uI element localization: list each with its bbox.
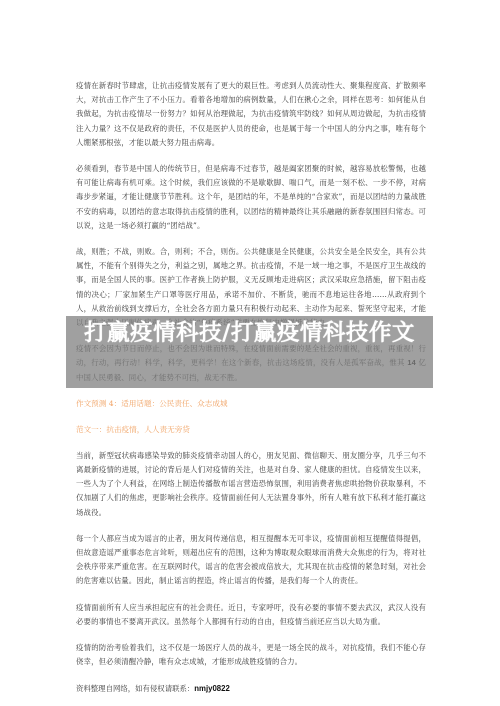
paragraph-7: 疫情面前所有人应当承担起应有的社会责任。近日，专家呼吁，没有必要的事情不要去武汉… — [76, 601, 426, 629]
spacer — [76, 150, 426, 162]
source-note-text: 资料整理自网络，如有侵权请联系： — [76, 684, 194, 693]
paragraph-8: 疫情的防治考验着我们，这不仅是一场医疗人员的战斗，更是一场全民的战斗，对抗疫情，… — [76, 641, 426, 669]
source-note: 资料整理自网络，如有侵权请联系：nmjy0822 — [76, 682, 426, 696]
spacer — [76, 520, 426, 532]
contact-code: nmjy0822 — [194, 684, 230, 693]
paragraph-5: 当前，新型冠状病毒感染导致的肺炎疫情牵动国人的心，朋友见面、微信聊天、朋友圈分享… — [76, 449, 426, 520]
spacer — [76, 437, 426, 449]
overlay-title: 打赢疫情科技/打赢疫情科技作文 — [66, 320, 433, 347]
spacer — [76, 589, 426, 601]
spacer — [76, 670, 426, 682]
paragraph-6: 每一个人都应当成为谣言的止者，朋友间传递信息，相互提醒本无可非议，疫情面前相互提… — [76, 532, 426, 589]
section-heading-prediction: 作文预测 4：适用话题：公民责任、众志成城 — [76, 397, 426, 411]
paragraph-1: 疫情在新春时节肆虐，让抗击疫情发展有了更大的艰巨性。考虑到人员流动性大、聚集程度… — [76, 79, 426, 150]
spacer — [76, 233, 426, 245]
spacer — [76, 411, 426, 423]
spacer — [76, 629, 426, 641]
paragraph-2: 必须看到，春节是中国人的传统节日，但是病毒不过春节，越是阖家团聚的时候，越容易放… — [76, 162, 426, 233]
section-heading-essay: 范文一：抗击疫情，人人责无旁贷 — [76, 423, 426, 437]
